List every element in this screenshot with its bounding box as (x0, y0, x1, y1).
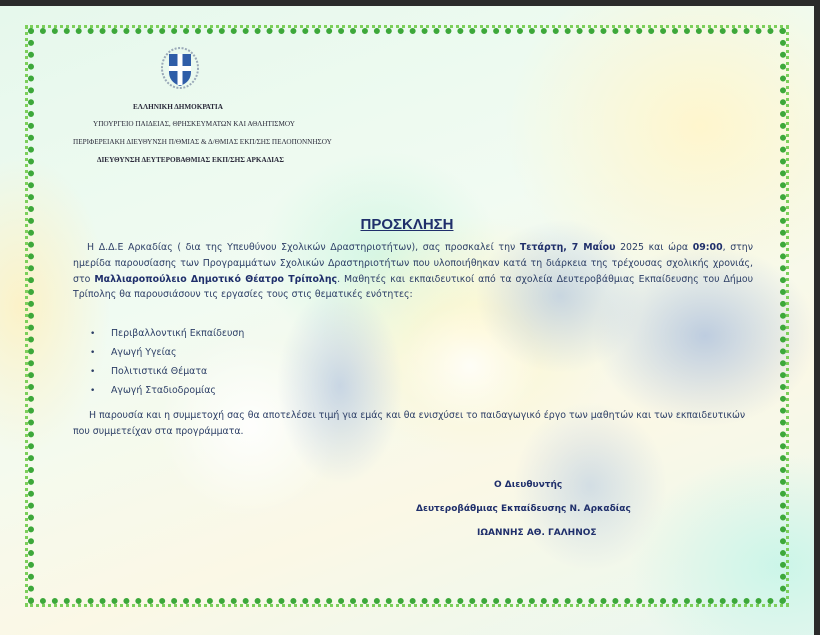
topic-item: •Αγωγή Υγείας (90, 343, 244, 362)
event-venue: Μαλλιαροπούλειο Δημοτικό Θέατρο Τρίπολης (94, 274, 337, 285)
topic-label: Περιβαλλοντική Εκπαίδευση (111, 328, 244, 339)
vine-border (28, 28, 786, 604)
invitation-paragraph: Η Δ.Δ.Ε Αρκαδίας ( δια της Υπευθύνου Σχο… (73, 240, 753, 303)
header-country: ΕΛΛΗΝΙΚΗ ΔΗΜΟΚΡΑΤΙΑ (133, 103, 223, 111)
header-ministry: ΥΠΟΥΡΓΕΙΟ ΠΑΙΔΕΙΑΣ, ΘΡΗΣΚΕΥΜΑΤΩΝ ΚΑΙ ΑΘΛ… (93, 120, 295, 128)
topic-item: •Αγωγή Σταδιοδρομίας (90, 381, 244, 400)
invitation-page: ΕΛΛΗΝΙΚΗ ΔΗΜΟΚΡΑΤΙΑ ΥΠΟΥΡΓΕΙΟ ΠΑΙΔΕΙΑΣ, … (0, 6, 814, 635)
paragraph-text: 2025 και ώρα (615, 242, 692, 253)
topic-label: Πολιτιστικά Θέματα (111, 366, 207, 377)
bullet-icon: • (90, 382, 111, 401)
event-time: 09:00 (693, 242, 723, 253)
bullet-icon: • (90, 325, 111, 344)
bullet-icon: • (90, 344, 111, 363)
closing-paragraph: Η παρουσία και η συμμετοχή σας θα αποτελ… (73, 408, 753, 440)
topic-label: Αγωγή Υγείας (111, 347, 176, 358)
topic-item: •Πολιτιστικά Θέματα (90, 362, 244, 381)
signature-role: Ο Διευθυντής (494, 480, 562, 490)
header-directorate: ΔΙΕΥΘΥΝΣΗ ΔΕΥΤΕΡΟΒΑΘΜΙΑΣ ΕΚΠ/ΣΗΣ ΑΡΚΑΔΙΑ… (97, 156, 284, 164)
signature-office: Δευτεροβάθμιας Εκπαίδευσης Ν. Αρκαδίας (416, 504, 631, 514)
signature-name: ΙΩΑΝΝΗΣ ΑΘ. ΓΑΛΗΝΟΣ (477, 528, 597, 538)
topic-item: •Περιβαλλοντική Εκπαίδευση (90, 324, 244, 343)
invitation-title: ΠΡΟΣΚΛΗΣΗ (0, 216, 814, 233)
topics-list: •Περιβαλλοντική Εκπαίδευση •Αγωγή Υγείας… (90, 324, 244, 400)
topic-label: Αγωγή Σταδιοδρομίας (111, 385, 216, 396)
paragraph-text: Η Δ.Δ.Ε Αρκαδίας ( δια της Υπευθύνου Σχο… (87, 242, 520, 253)
event-date: Τετάρτη, 7 Μαΐου (520, 242, 616, 253)
greek-coat-of-arms-icon (160, 46, 200, 90)
bullet-icon: • (90, 363, 111, 382)
header-regional-directorate: ΠΕΡΙΦΕΡΕΙΑΚΗ ΔΙΕΥΘΥΝΣΗ Π/ΘΜΙΑΣ & Δ/ΘΜΙΑΣ… (73, 138, 332, 146)
